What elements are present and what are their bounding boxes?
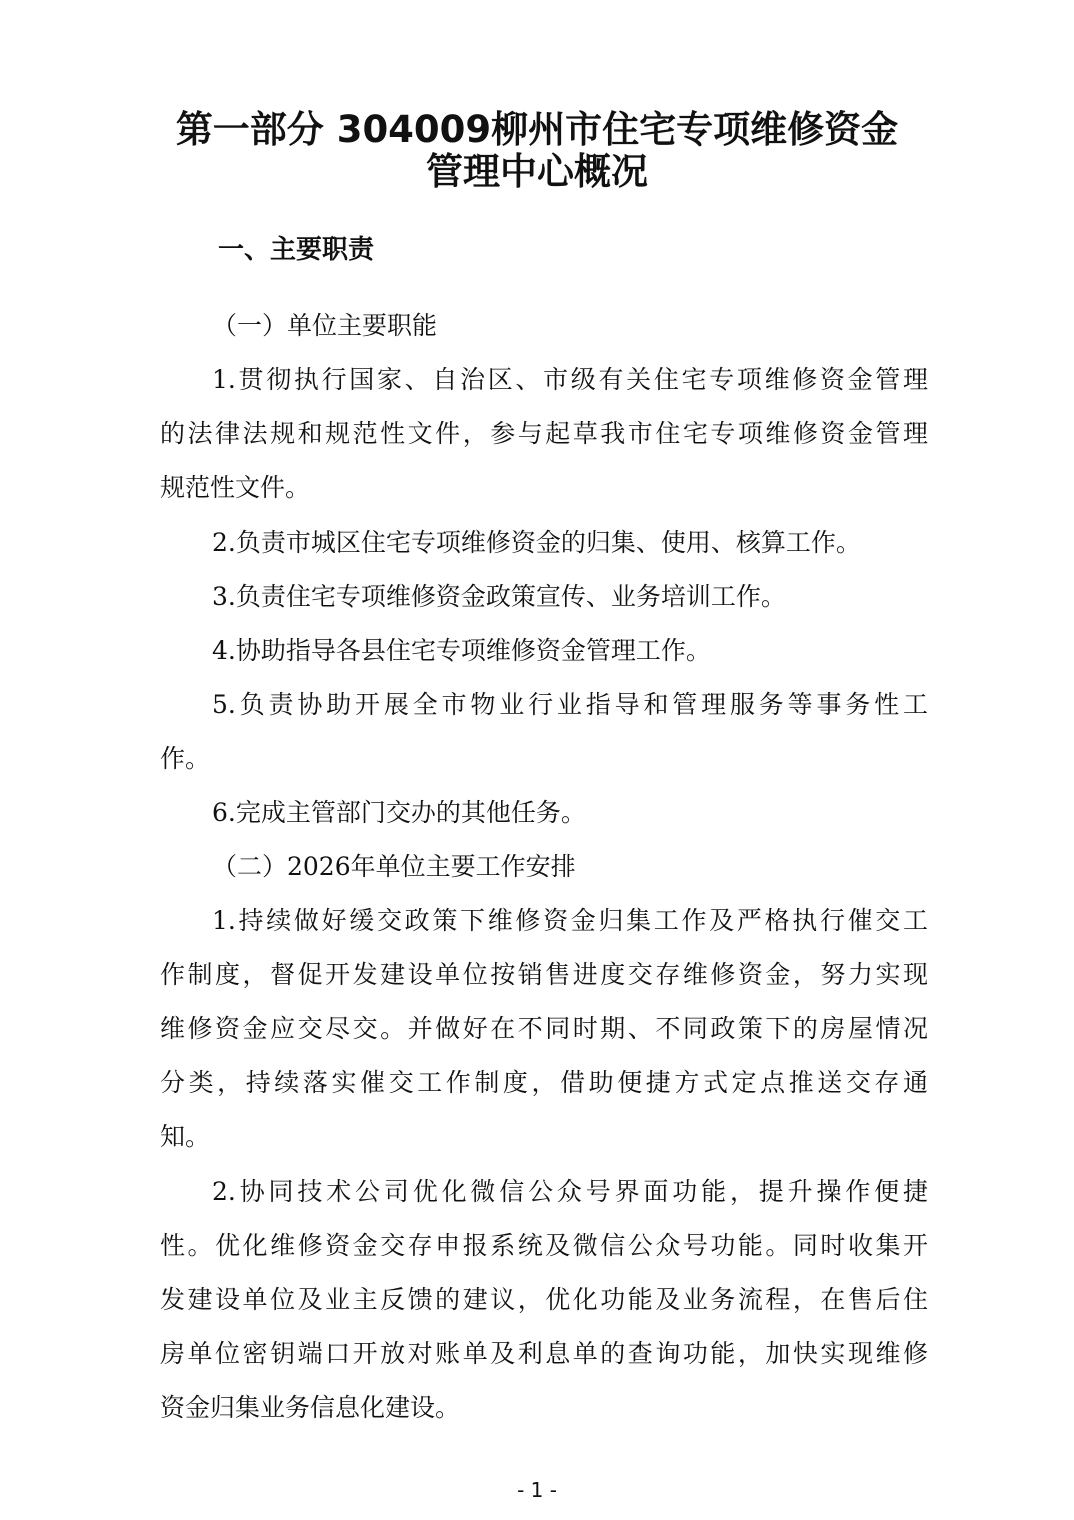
paragraph-line: 作制度，督促开发建设单位按销售进度交存维修资金，努力实现 [160, 958, 928, 992]
paragraph-line: 规范性文件。 [160, 471, 310, 505]
paragraph-line: 2.负责市城区住宅专项维修资金的归集、使用、核算工作。 [212, 526, 861, 560]
paragraph-line: 4.协助指导各县住宅专项维修资金管理工作。 [212, 634, 711, 668]
paragraph-line: 2.协同技术公司优化微信公众号界面功能，提升操作便捷 [212, 1175, 928, 1209]
paragraph-line: 作。 [160, 742, 210, 776]
paragraph-line: 分类，持续落实催交工作制度，借助便捷方式定点推送交存通 [160, 1066, 928, 1100]
page-title-line-1: 第一部分 304009柳州市住宅专项维修资金 [0, 108, 1074, 152]
paragraph-line: 资金归集业务信息化建设。 [160, 1391, 460, 1425]
page-title-line-2: 管理中心概况 [0, 150, 1074, 194]
paragraph-line: 1.贯彻执行国家、自治区、市级有关住宅专项维修资金管理 [212, 363, 928, 397]
paragraph-line: 5.负责协助开展全市物业行业指导和管理服务等事务性工 [212, 688, 928, 722]
paragraph-line: 房单位密钥端口开放对账单及利息单的查询功能，加快实现维修 [160, 1337, 928, 1371]
paragraph-line: 的法律法规和规范性文件，参与起草我市住宅专项维修资金管理 [160, 417, 928, 451]
section-heading-main-duties: 一、主要职责 [218, 233, 374, 267]
subsection-heading-work-plan: （二）2026年单位主要工作安排 [212, 850, 576, 884]
paragraph-line: 3.负责住宅专项维修资金政策宣传、业务培训工作。 [212, 580, 786, 614]
subsection-heading-main-functions: （一）单位主要职能 [212, 309, 437, 343]
paragraph-line: 知。 [160, 1120, 210, 1154]
paragraph-line: 性。优化维修资金交存申报系统及微信公众号功能。同时收集开 [160, 1229, 928, 1263]
paragraph-line: 发建设单位及业主反馈的建议，优化功能及业务流程，在售后住 [160, 1283, 928, 1317]
page-number: - 1 - [0, 1478, 1074, 1502]
paragraph-line: 6.完成主管部门交办的其他任务。 [212, 796, 586, 830]
paragraph-line: 1.持续做好缓交政策下维修资金归集工作及严格执行催交工 [212, 904, 928, 938]
paragraph-line: 维修资金应交尽交。并做好在不同时期、不同政策下的房屋情况 [160, 1012, 928, 1046]
